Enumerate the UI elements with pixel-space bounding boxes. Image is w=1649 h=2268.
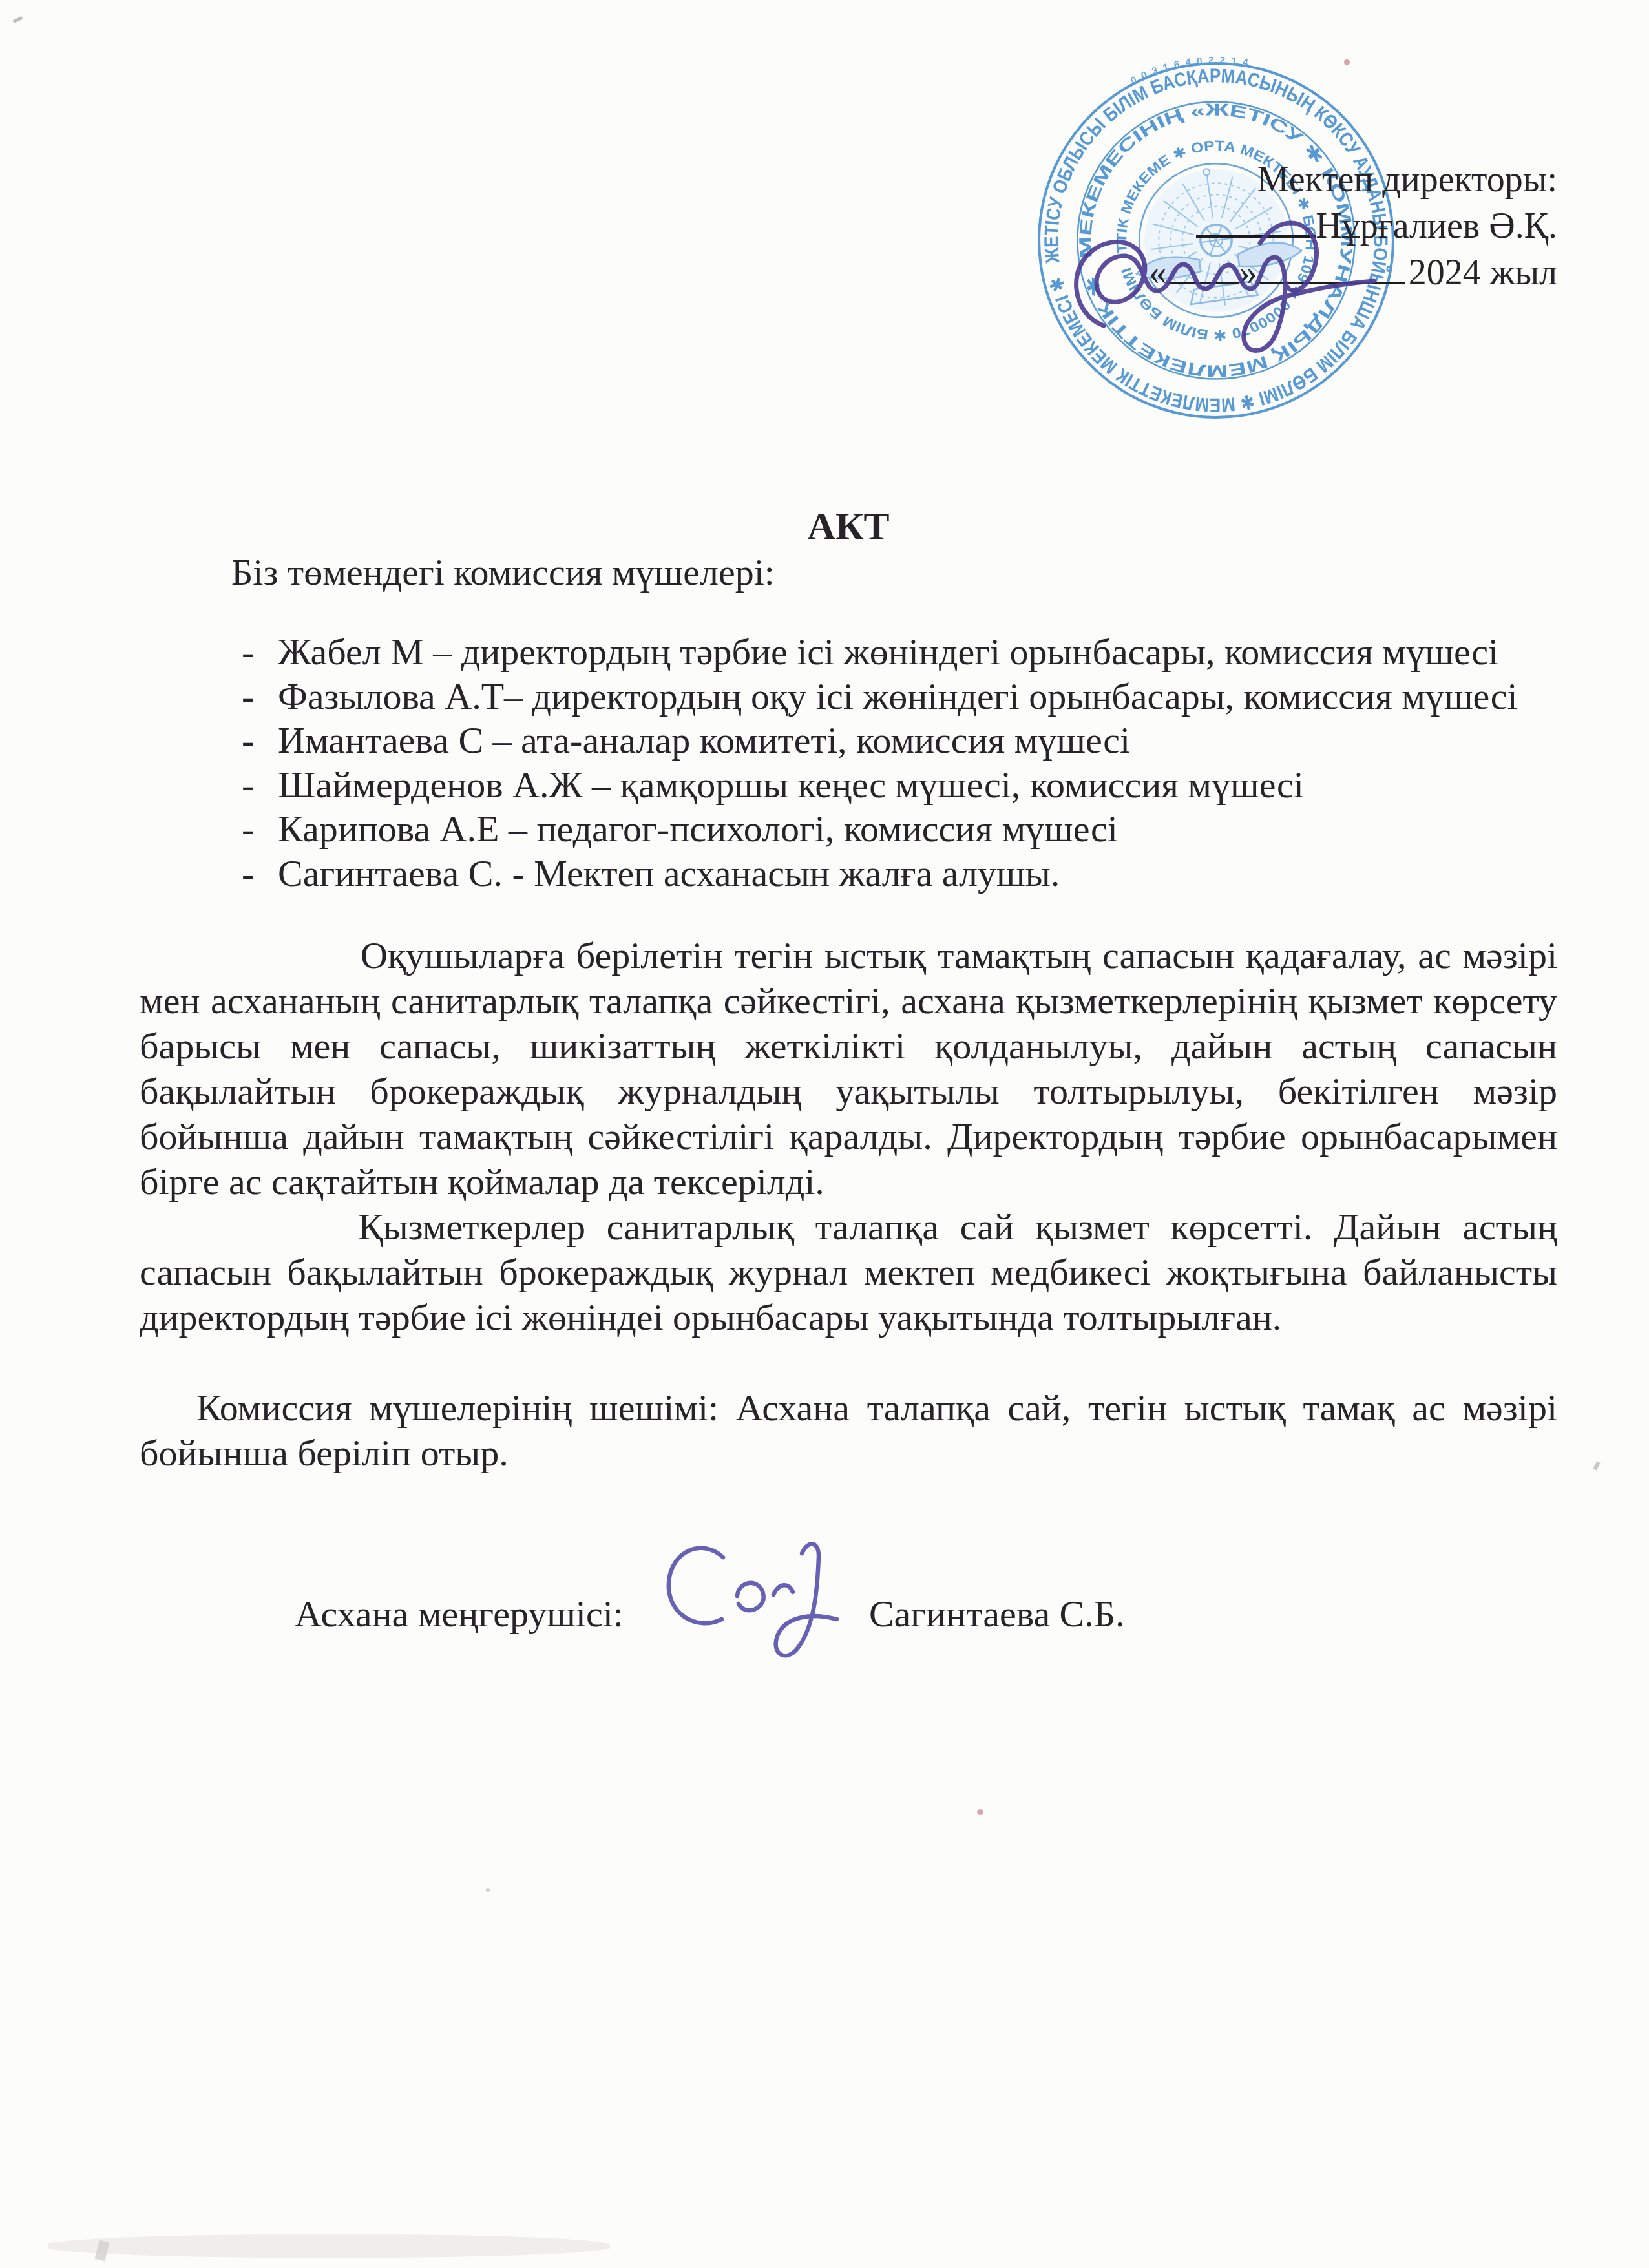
scan-speck [977,1809,983,1815]
body-paragraph-2: Қызметкерлер санитарлық талапқа сай қызм… [140,1204,1557,1340]
list-item: - Жабел М – директордың тәрбие ісі жөнін… [242,630,1518,675]
footer-signature-line: Асхана меңгерушісі: Сагинтаева С.Б. [295,1533,1125,1694]
commission-list: - Жабел М – директордың тәрбие ісі жөнін… [242,630,1518,896]
footer-signer-name: Сагинтаева С.Б. [869,1592,1125,1635]
list-item: - Фазылова А.Т– директордың оқу ісі жөні… [242,675,1518,719]
commission-member-text: Имантаева С – ата-аналар комитеті, комис… [278,719,1130,763]
commission-member-text: Сагинтаева С. - Мектеп асханасын жалға а… [278,852,1060,896]
list-dash: - [242,763,278,808]
scan-noise-bottom [48,2234,610,2258]
scan-speck [486,1888,490,1892]
list-dash: - [242,675,278,719]
commission-member-text: Жабел М – директордың тәрбие ісі жөнінде… [278,630,1498,675]
scanned-document-page: 00316402214 ЖЕТІСУ ОБЛЫСЫ БІЛІМ БАСҚАРМА… [0,0,1649,2268]
canteen-manager-signature [647,1516,847,1677]
footer-role-label: Асхана меңгерушісі: [295,1592,624,1635]
body-paragraph-3: Комиссия мүшелерінің шешімі: Асхана тала… [140,1385,1557,1476]
list-dash: - [242,852,278,896]
commission-member-text: Шаймерденов А.Ж – қамқоршы кеңес мүшесі,… [278,763,1304,808]
document-title: АКТ [140,504,1557,549]
scan-noise-topleft [13,16,23,23]
list-item: - Сагинтаева С. - Мектеп асханасын жалға… [242,852,1518,896]
intro-line: Біз төмендегі комиссия мүшелері: [231,551,775,594]
list-item: - Шаймерденов А.Ж – қамқоршы кеңес мүшес… [242,763,1518,808]
director-signature [1053,176,1402,376]
list-item: - Карипова А.Е – педагог-психологі, коми… [242,807,1518,852]
scan-speck [1593,1461,1601,1470]
commission-member-text: Карипова А.Е – педагог-психологі, комисс… [278,807,1118,852]
list-dash: - [242,807,278,852]
date-year: 2024 жыл [1409,253,1557,293]
scan-noise-bottom-mark [95,2240,110,2262]
list-dash: - [242,630,278,675]
commission-member-text: Фазылова А.Т– директордың оқу ісі жөнінд… [278,675,1518,719]
list-dash: - [242,719,278,763]
list-item: - Имантаева С – ата-аналар комитеті, ком… [242,719,1518,763]
body-paragraph-1: Оқушыларға берілетін тегін ыстық тамақты… [140,933,1557,1204]
